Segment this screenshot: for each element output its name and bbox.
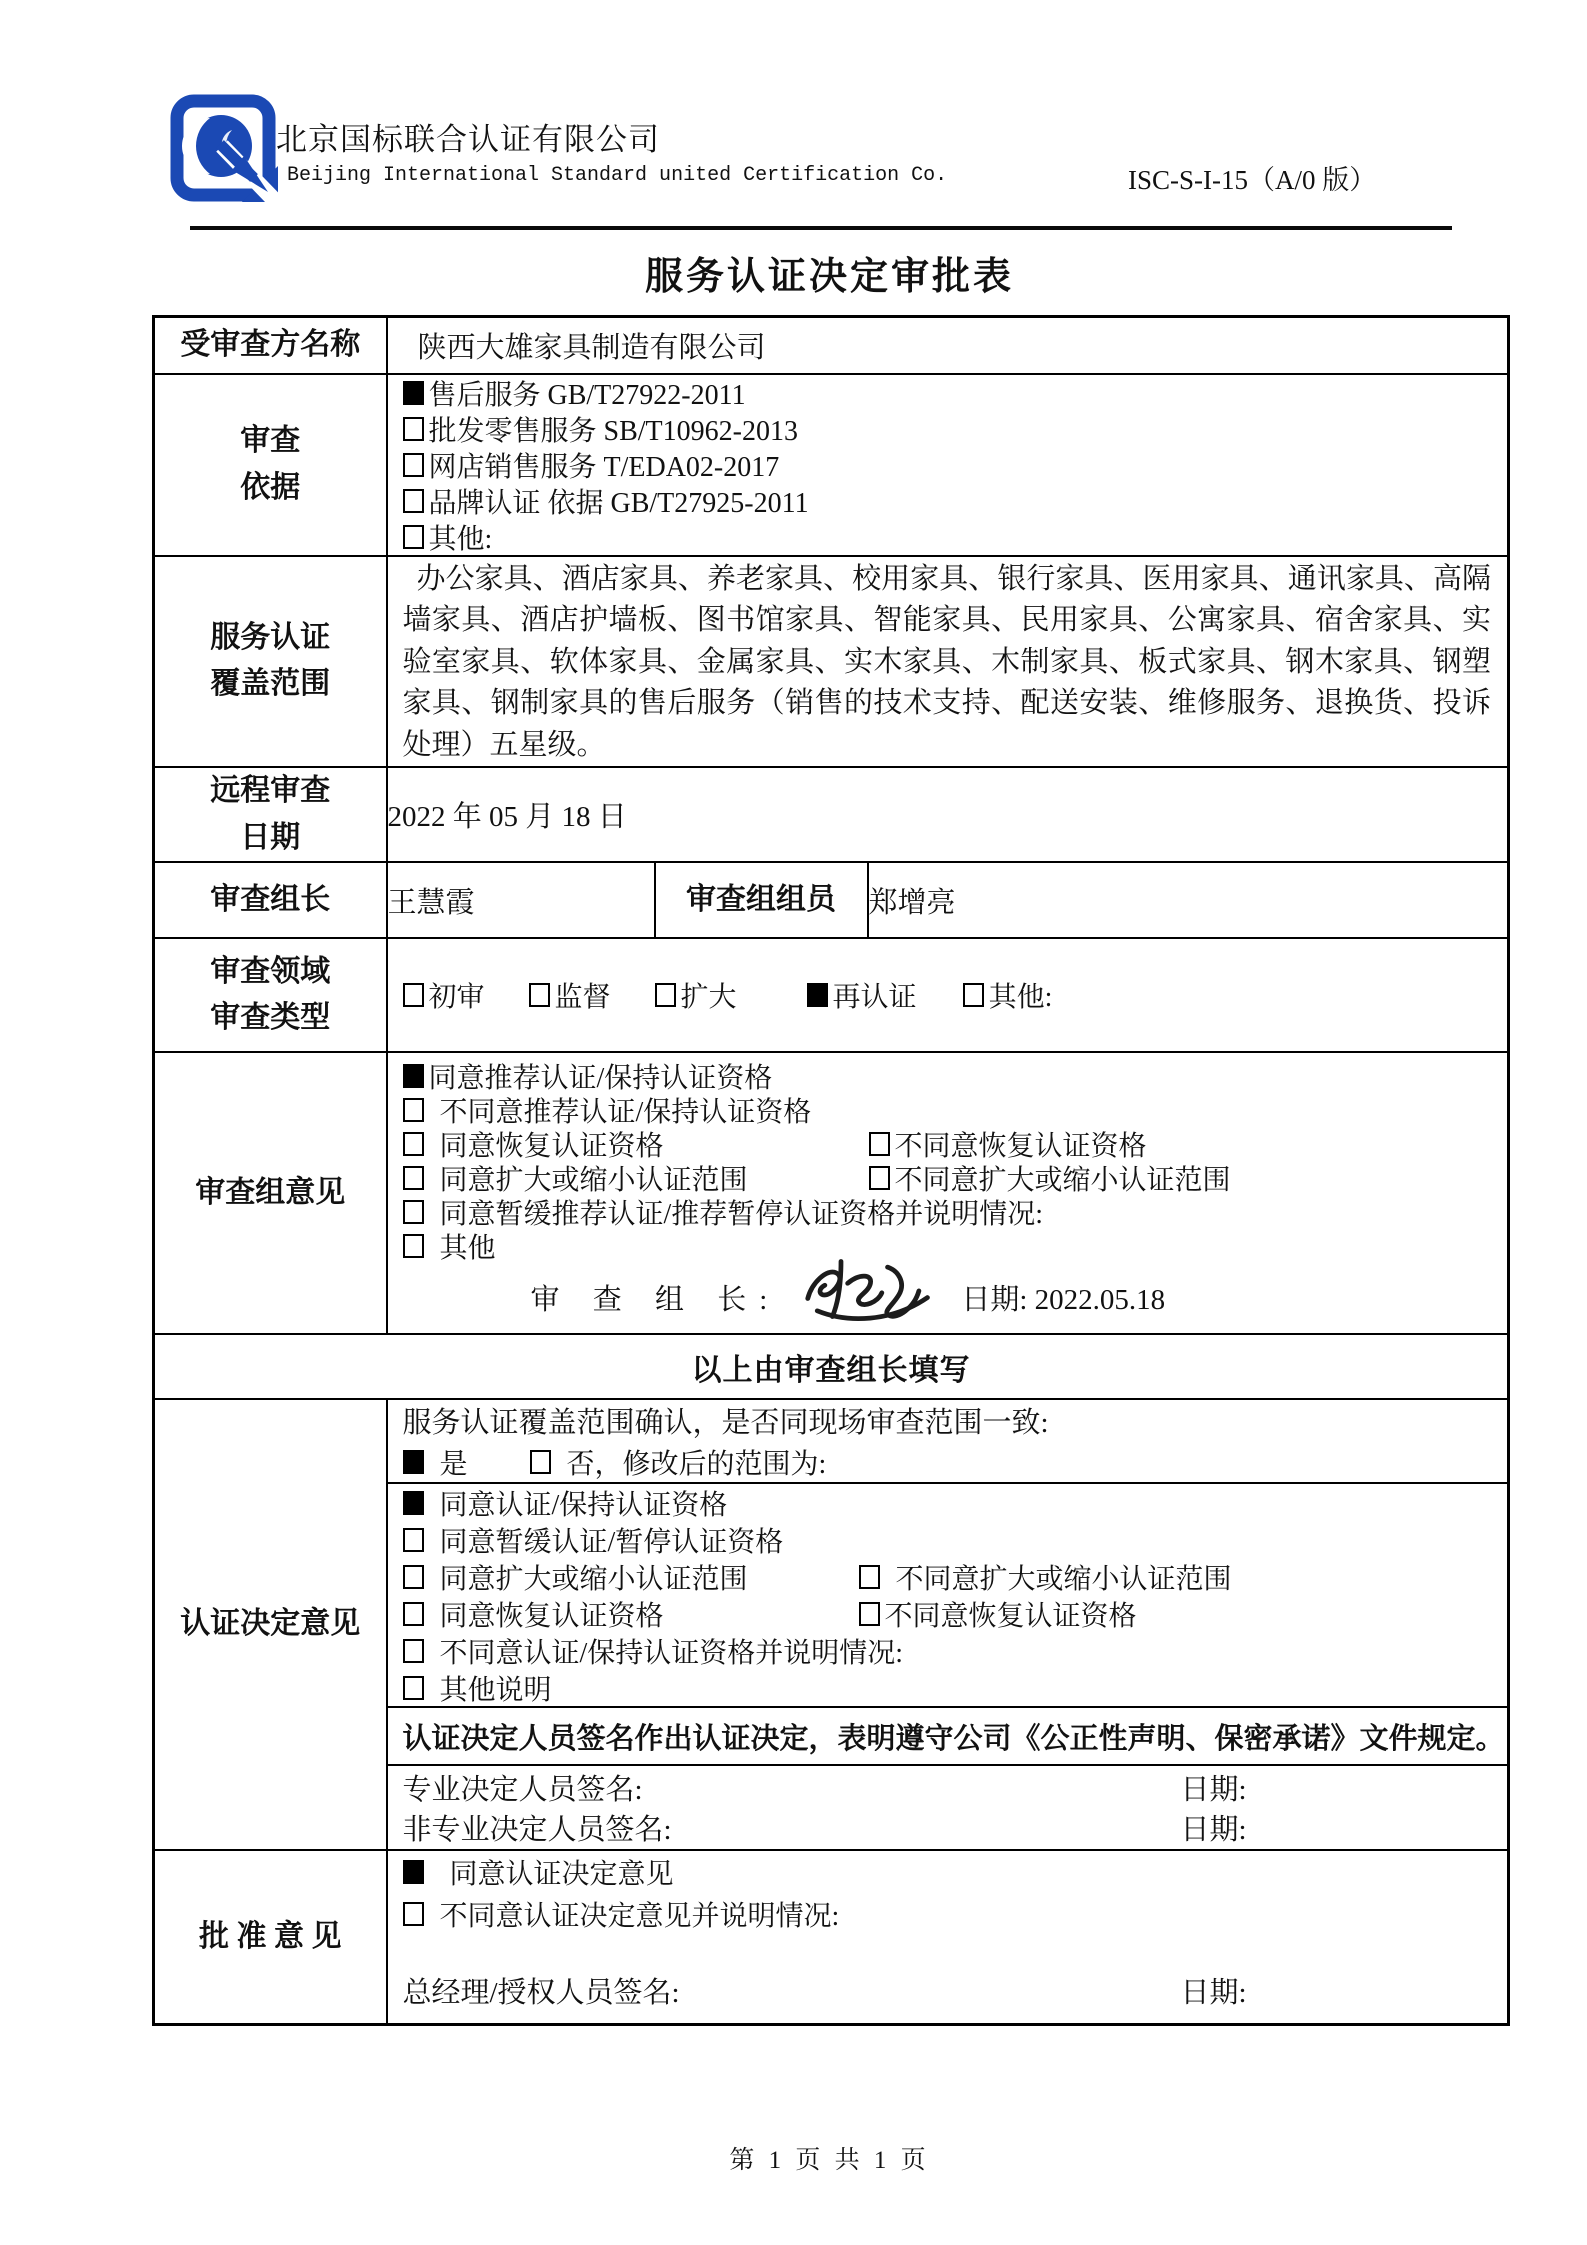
- signer-name-label: 专业决定人员签名:: [403, 1767, 1181, 1808]
- page-title: 服务认证决定审批表: [152, 245, 1507, 300]
- checkbox-icon[interactable]: [403, 1491, 424, 1515]
- decision-item-label: 不同意扩大或缩小认证范围: [896, 1557, 1232, 1597]
- blank-space: [388, 1935, 1508, 1969]
- auditee-value: 陕西大雄家具制造有限公司: [387, 317, 1509, 374]
- remote-date-label: 远程审查 日期: [154, 767, 387, 862]
- basis-item: 品牌认证 依据 GB/T27925-2011: [388, 483, 1508, 519]
- row-auditee: 受审查方名称 陕西大雄家具制造有限公司: [154, 317, 1509, 374]
- audit-type-option: 扩大: [655, 975, 737, 1015]
- checkbox-icon[interactable]: [403, 1166, 424, 1190]
- approval-sign-label: 总经理/授权人员签名:: [403, 1970, 1181, 2011]
- row-divider: 以上由审查组长填写: [154, 1334, 1509, 1399]
- divider-note: 以上由审查组长填写: [154, 1334, 1509, 1399]
- opinion-item: 同意推荐认证/保持认证资格: [388, 1059, 1508, 1093]
- opinion-item: 不同意推荐认证/保持认证资格: [388, 1093, 1508, 1127]
- checkbox-icon[interactable]: [403, 1064, 424, 1088]
- approval-form-table: 受审查方名称 陕西大雄家具制造有限公司 审查 依据 售后服务 GB/T27922…: [152, 315, 1510, 2026]
- basis-item-label: 品牌认证 依据 GB/T27925-2011: [429, 481, 809, 521]
- checkbox-icon[interactable]: [807, 983, 828, 1007]
- company-name-en: Beijing International Standard united Ce…: [287, 164, 947, 187]
- signer-date-label: 日期:: [1181, 1767, 1247, 1808]
- opinion-item: 同意暂缓推荐认证/推荐暂停认证资格并说明情况:: [388, 1195, 1508, 1229]
- row-approval: 批 准 意 见 同意认证决定意见 不同意认证决定意见并说明情况: 总经理/授权人…: [154, 1850, 1509, 2024]
- scope-text: 办公家具、酒店家具、养老家具、校用家具、银行家具、医用家具、通讯家具、高隔墙家具…: [388, 557, 1508, 767]
- decision-item-label: 不同意恢复认证资格: [885, 1594, 1137, 1634]
- checkbox-icon[interactable]: [403, 417, 424, 441]
- checkbox-icon[interactable]: [403, 1902, 424, 1926]
- auditee-label: 受审查方名称: [154, 317, 387, 374]
- audit-basis-label: 审查 依据: [154, 374, 387, 556]
- scope-confirm-question: 服务认证覆盖范围确认，是否同现场审查范围一致:: [388, 1400, 1508, 1441]
- option-label: 扩大: [681, 975, 737, 1015]
- option-label: 再认证: [833, 975, 917, 1015]
- decision-item-label: 其他说明: [440, 1668, 552, 1708]
- decision-statement: 认证决定人员签名作出认证决定，表明遵守公司《公正性声明、保密承诺》文件规定。: [388, 1716, 1508, 1757]
- handwritten-signature: [782, 1251, 957, 1327]
- opinion-item-label: 同意暂缓推荐认证/推荐暂停认证资格并说明情况:: [440, 1192, 1044, 1232]
- option-label: 监督: [555, 975, 611, 1015]
- checkbox-icon[interactable]: [859, 1602, 880, 1626]
- audit-type-option: 初审: [403, 975, 485, 1015]
- checkbox-icon[interactable]: [403, 1602, 424, 1626]
- header-divider-line: [190, 226, 1452, 230]
- checkbox-icon[interactable]: [869, 1132, 890, 1156]
- option-label: 其他:: [989, 975, 1053, 1015]
- scope-label: 服务认证 覆盖范围: [154, 556, 387, 768]
- approval-item: 同意认证决定意见: [388, 1851, 1508, 1893]
- approval-sign-line: 总经理/授权人员签名: 日期:: [388, 1969, 1508, 2011]
- row-audit-basis: 审查 依据 售后服务 GB/T27922-2011 批发零售服务 SB/T109…: [154, 374, 1509, 556]
- opinion-item: 同意扩大或缩小认证范围 不同意扩大或缩小认证范围: [388, 1161, 1508, 1195]
- page-number: 第 1 页 共 1 页: [152, 2140, 1507, 2176]
- row-remote-date: 远程审查 日期 2022 年 05 月 18 日: [154, 767, 1509, 862]
- decision-item-label: 同意扩大或缩小认证范围: [440, 1557, 748, 1597]
- signer-line: 非专业决定人员签名: 日期:: [388, 1808, 1508, 1848]
- signature-date: 日期: 2022.05.18: [961, 1277, 1165, 1318]
- team-leader-name: 王慧霞: [387, 862, 655, 938]
- approval-label: 批 准 意 见: [154, 1850, 387, 2024]
- signature-field-label: 审 查 组 长:: [531, 1277, 781, 1318]
- decision-item: 同意认证/保持认证资格: [388, 1484, 1508, 1521]
- scope-yes-label: 是: [440, 1442, 468, 1482]
- checkbox-icon[interactable]: [403, 1200, 424, 1224]
- audit-type-option: 其他:: [963, 975, 1053, 1015]
- checkbox-icon[interactable]: [403, 1234, 424, 1258]
- decision-item-label: 同意认证/保持认证资格: [440, 1483, 728, 1523]
- basis-item: 售后服务 GB/T27922-2011: [388, 375, 1508, 411]
- checkbox-icon[interactable]: [655, 983, 676, 1007]
- decision-item: 同意扩大或缩小认证范围 不同意扩大或缩小认证范围: [388, 1558, 1508, 1595]
- decision-item: 同意暂缓认证/暂停认证资格: [388, 1521, 1508, 1558]
- row-audit-type: 审查领域 审查类型 初审 监督 扩大: [154, 938, 1509, 1052]
- audit-type-option: 监督: [529, 975, 611, 1015]
- opinion-item: 同意恢复认证资格 不同意恢复认证资格: [388, 1127, 1508, 1161]
- option-label: 初审: [429, 975, 485, 1015]
- document-page: 北京国标联合认证有限公司 Beijing International Stand…: [0, 0, 1587, 2245]
- audit-type-options: 初审 监督 扩大 再认证: [388, 975, 1508, 1015]
- scope-confirm-answer: 是 否，修改后的范围为:: [388, 1441, 1508, 1482]
- checkbox-icon[interactable]: [403, 1098, 424, 1122]
- checkbox-icon[interactable]: [403, 525, 424, 549]
- decision-label: 认证决定意见: [154, 1399, 387, 1850]
- checkbox-icon[interactable]: [403, 1860, 424, 1884]
- decision-item: 其他说明: [388, 1669, 1508, 1706]
- basis-item-label: 售后服务 GB/T27922-2011: [429, 373, 746, 413]
- scope-no-label: 否，修改后的范围为:: [567, 1442, 827, 1482]
- checkbox-icon[interactable]: [403, 489, 424, 513]
- basis-item: 网店销售服务 T/EDA02-2017: [388, 447, 1508, 483]
- checkbox-icon[interactable]: [403, 1639, 424, 1663]
- team-leader-signature-line: 审 查 组 长: 日期: 2022.05.18: [388, 1261, 1508, 1333]
- checkbox-icon[interactable]: [403, 1450, 424, 1474]
- opinion-item-label: 其他: [440, 1226, 496, 1266]
- signer-name-label: 非专业决定人员签名:: [403, 1807, 1181, 1848]
- row-decision-scope-confirm: 认证决定意见 服务认证覆盖范围确认，是否同现场审查范围一致: 是 否，修改后的范…: [154, 1399, 1509, 1483]
- checkbox-icon[interactable]: [403, 983, 424, 1007]
- checkbox-icon[interactable]: [403, 1528, 424, 1552]
- row-team-opinion: 审查组意见 同意推荐认证/保持认证资格 不同意推荐认证/保持认证资格 同意: [154, 1052, 1509, 1334]
- audit-type-option: 再认证: [807, 975, 917, 1015]
- basis-item: 其他:: [388, 519, 1508, 555]
- decision-item-label: 同意恢复认证资格: [440, 1594, 664, 1634]
- team-opinion-label: 审查组意见: [154, 1052, 387, 1334]
- team-member-name: 郑增亮: [868, 862, 1509, 938]
- company-logo-icon: [170, 94, 292, 218]
- basis-item-label: 网店销售服务 T/EDA02-2017: [429, 445, 780, 485]
- signer-line: 专业决定人员签名: 日期:: [388, 1768, 1508, 1808]
- team-leader-label: 审查组长: [154, 862, 387, 938]
- checkbox-icon[interactable]: [963, 983, 984, 1007]
- company-name-cn: 北京国标联合认证有限公司: [276, 114, 660, 159]
- checkbox-icon[interactable]: [403, 1132, 424, 1156]
- decision-item: 同意恢复认证资格 不同意恢复认证资格: [388, 1595, 1508, 1632]
- document-code: ISC-S-I-15（A/0 版）: [1128, 158, 1376, 197]
- approval-item: 不同意认证决定意见并说明情况:: [388, 1893, 1508, 1935]
- audit-type-label: 审查领域 审查类型: [154, 938, 387, 1052]
- checkbox-icon[interactable]: [403, 453, 424, 477]
- decision-item: 不同意认证/保持认证资格并说明情况:: [388, 1632, 1508, 1669]
- checkbox-icon[interactable]: [403, 1565, 424, 1589]
- signer-date-label: 日期:: [1181, 1807, 1247, 1848]
- checkbox-icon[interactable]: [529, 983, 550, 1007]
- team-member-label: 审查组组员: [655, 862, 868, 938]
- checkbox-icon[interactable]: [869, 1166, 890, 1190]
- basis-item-label: 批发零售服务 SB/T10962-2013: [429, 409, 798, 449]
- row-scope: 服务认证 覆盖范围 办公家具、酒店家具、养老家具、校用家具、银行家具、医用家具、…: [154, 556, 1509, 768]
- basis-item: 批发零售服务 SB/T10962-2013: [388, 411, 1508, 447]
- approval-item-label: 同意认证决定意见: [450, 1852, 674, 1892]
- approval-date-label: 日期:: [1181, 1970, 1247, 2011]
- remote-date-value: 2022 年 05 月 18 日: [387, 767, 1509, 862]
- decision-item-label: 不同意认证/保持认证资格并说明情况:: [440, 1631, 904, 1671]
- checkbox-icon[interactable]: [530, 1450, 551, 1474]
- checkbox-icon[interactable]: [859, 1565, 880, 1589]
- row-audit-team: 审查组长 王慧霞 审查组组员 郑增亮: [154, 862, 1509, 938]
- approval-item-label: 不同意认证决定意见并说明情况:: [440, 1894, 840, 1934]
- checkbox-icon[interactable]: [403, 381, 424, 405]
- basis-item-label: 其他:: [429, 517, 493, 557]
- checkbox-icon[interactable]: [403, 1676, 424, 1700]
- decision-item-label: 同意暂缓认证/暂停认证资格: [440, 1520, 784, 1560]
